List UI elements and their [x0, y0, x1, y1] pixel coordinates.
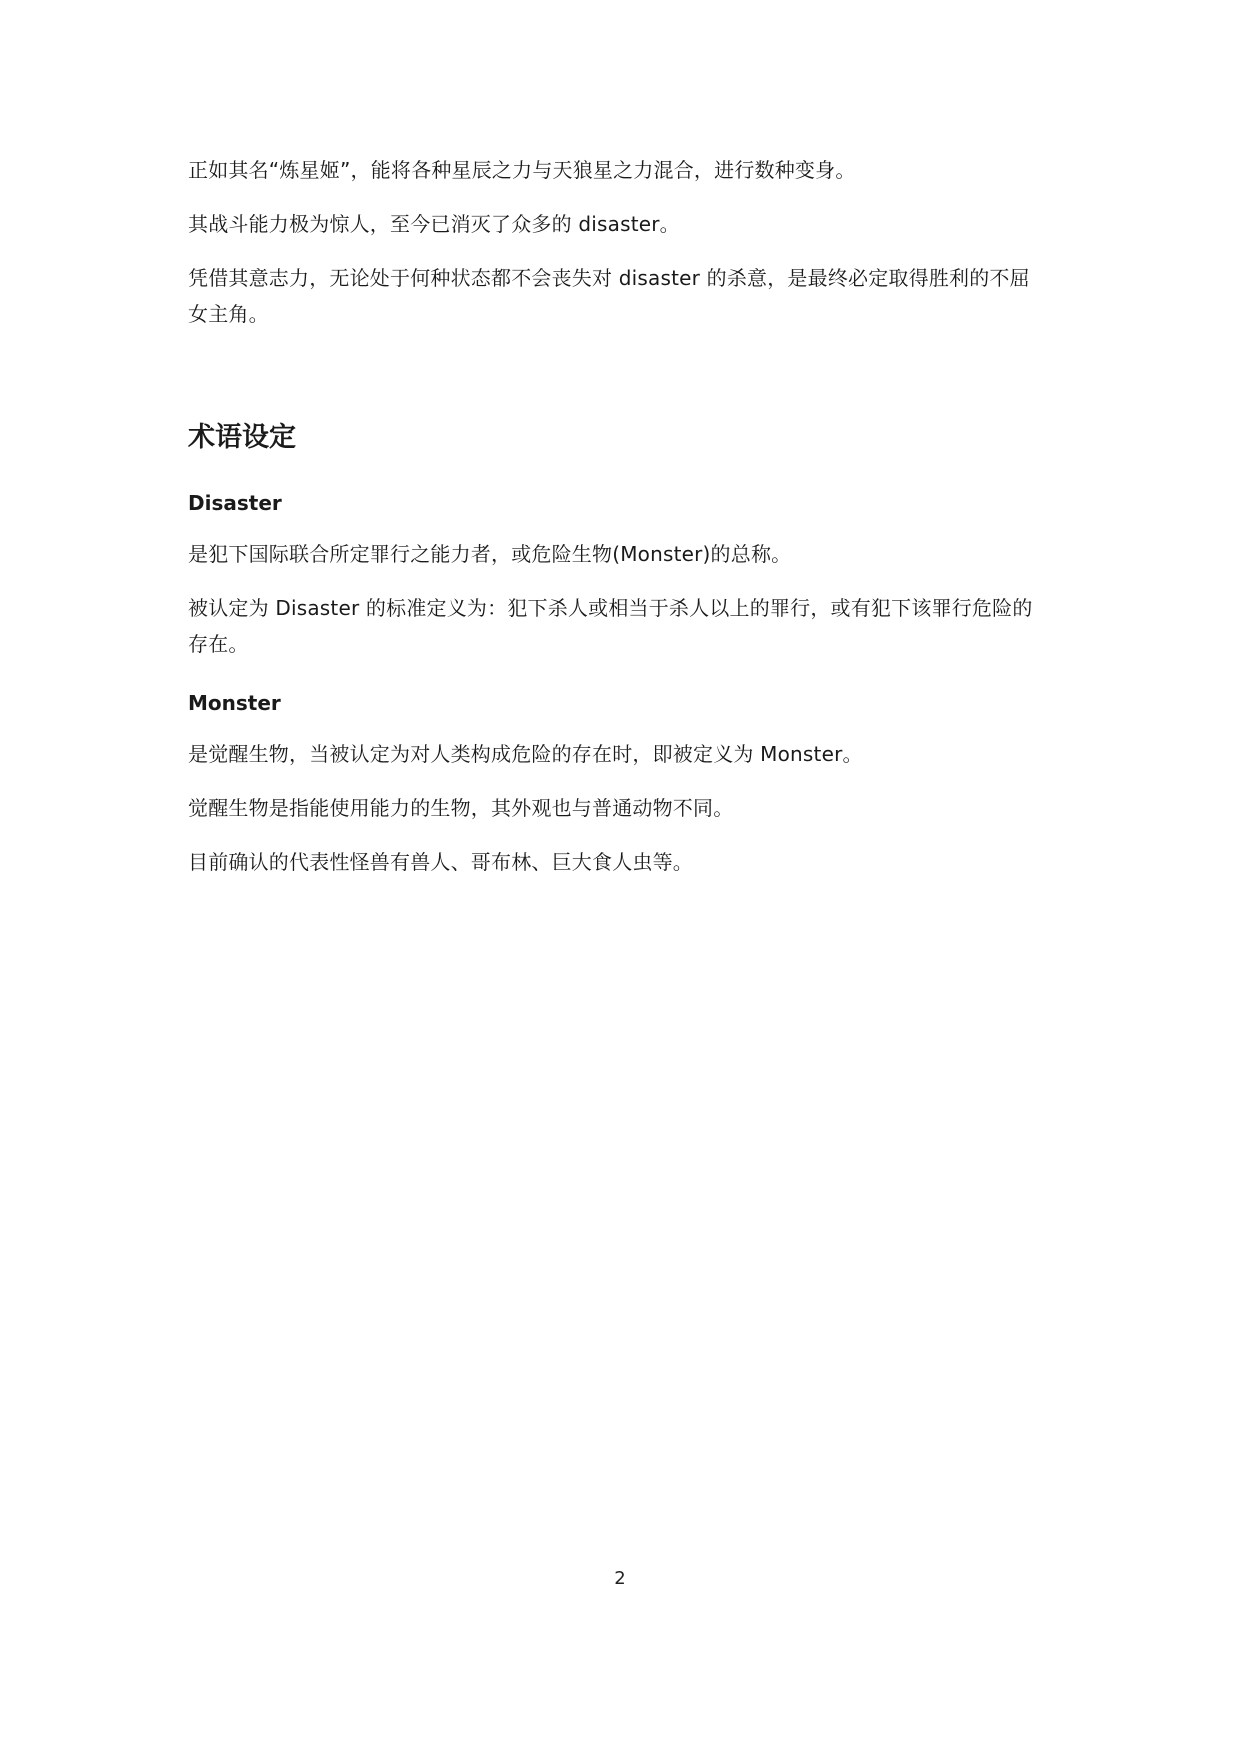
monster-paragraph-3: 目前确认的代表性怪兽有兽人、哥布林、巨大食人虫等。	[188, 844, 1050, 880]
disaster-paragraph-1: 是犯下国际联合所定罪行之能力者，或危险生物(Monster)的总称。	[188, 536, 1050, 572]
term-heading-monster: Monster	[188, 688, 281, 718]
section-title-terms: 术语设定	[188, 418, 296, 458]
intro-paragraph-1: 正如其名“炼星姬”，能将各种星辰之力与天狼星之力混合，进行数种变身。	[188, 152, 1050, 188]
intro-paragraph-2: 其战斗能力极为惊人，至今已消灭了众多的 disaster。	[188, 206, 1050, 242]
intro-paragraph-3: 凭借其意志力，无论处于何种状态都不会丧失对 disaster 的杀意，是最终必定…	[188, 260, 1050, 332]
monster-paragraph-1: 是觉醒生物，当被认定为对人类构成危险的存在时，即被定义为 Monster。	[188, 736, 1050, 772]
disaster-paragraph-2: 被认定为 Disaster 的标准定义为：犯下杀人或相当于杀人以上的罪行，或有犯…	[188, 590, 1050, 662]
monster-paragraph-2: 觉醒生物是指能使用能力的生物，其外观也与普通动物不同。	[188, 790, 1050, 826]
term-heading-disaster: Disaster	[188, 488, 282, 518]
page-number: 2	[0, 1568, 1240, 1589]
